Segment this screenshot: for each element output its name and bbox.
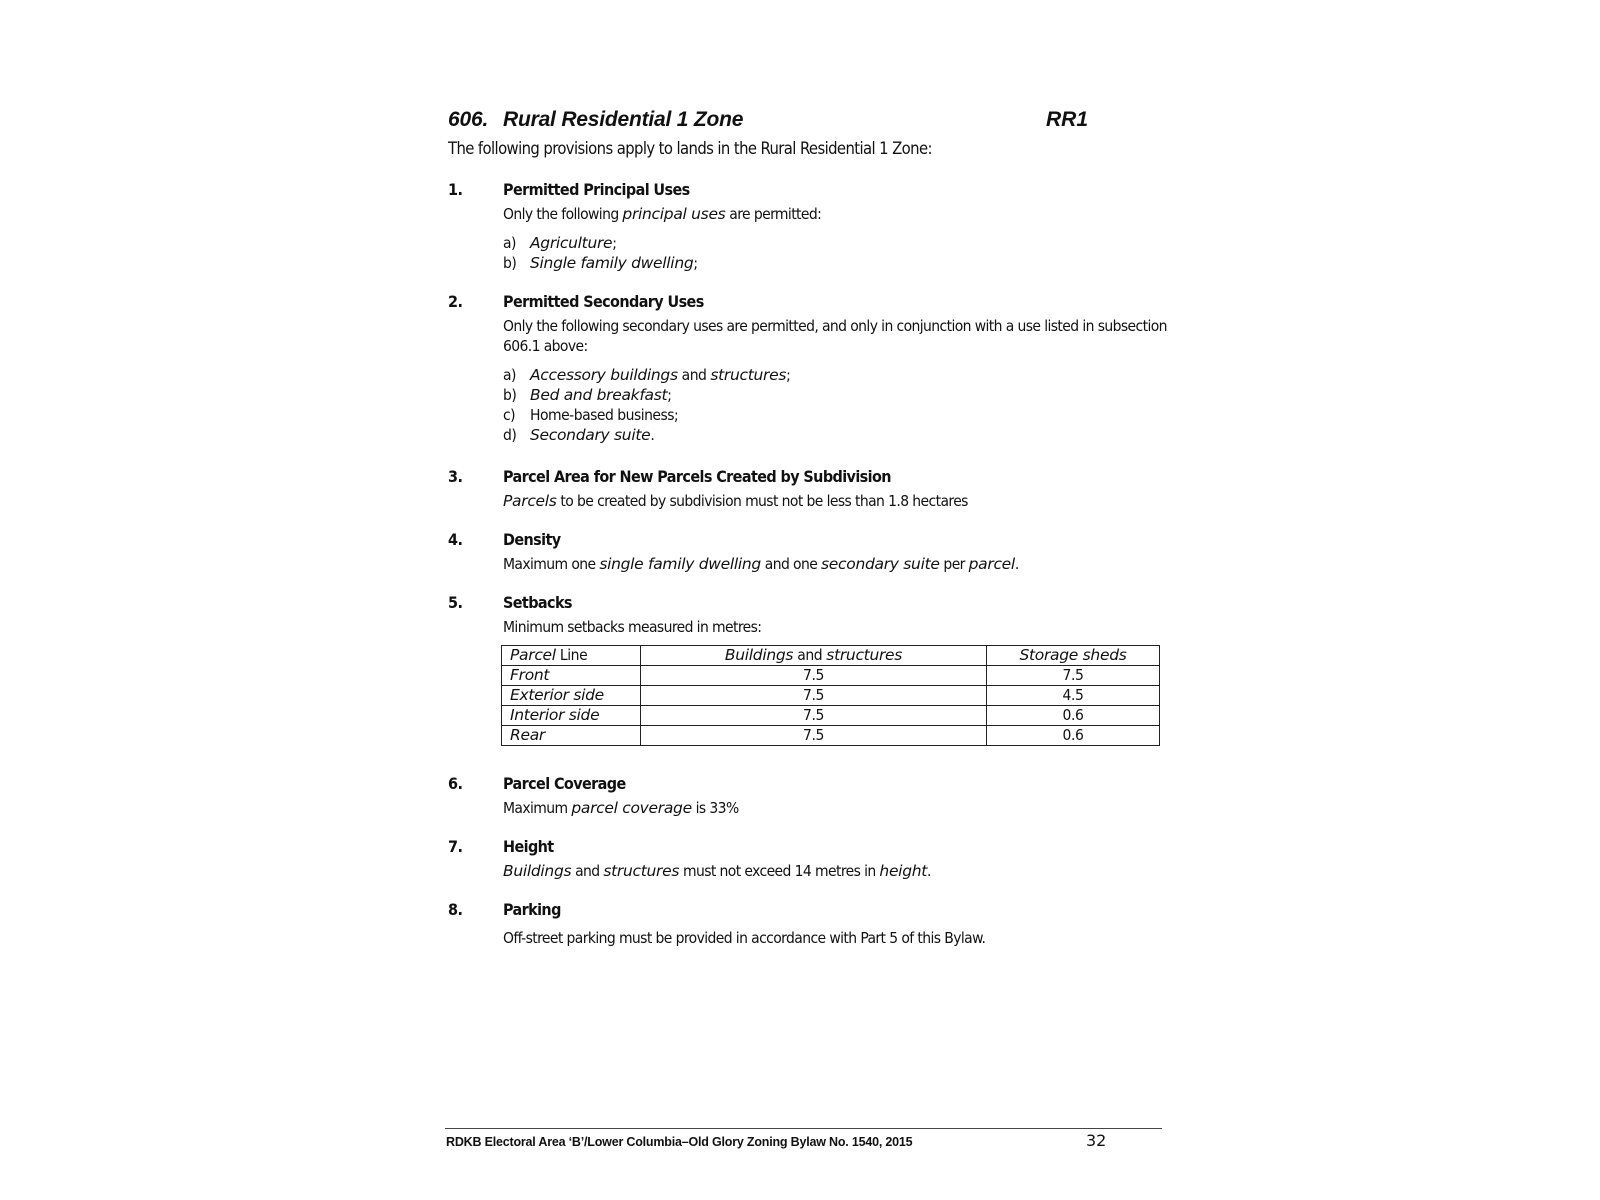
- list-item: c)Home-based business;: [503, 405, 790, 425]
- cell-sheds: 0.6: [987, 726, 1160, 746]
- section-text: Only the following secondary uses are pe…: [503, 316, 1178, 356]
- section-heading: Parcel Area for New Parcels Created by S…: [503, 467, 891, 486]
- document-page: 606.Rural Residential 1 Zone RR1 The fol…: [0, 0, 1600, 1200]
- section-title: Rural Residential 1 Zone: [503, 108, 743, 131]
- table-header-row: Parcel Line Buildings and structures Sto…: [502, 646, 1160, 666]
- section-number: 7.: [448, 837, 462, 856]
- cell-parcel-line: Rear: [502, 726, 641, 746]
- list-item: a)Agriculture;: [503, 233, 698, 253]
- secondary-uses-list: a)Accessory buildings and structures; b)…: [503, 365, 790, 445]
- cell-buildings: 7.5: [641, 666, 987, 686]
- cell-sheds: 0.6: [987, 706, 1160, 726]
- list-item: d)Secondary suite.: [503, 425, 790, 445]
- cell-buildings: 7.5: [641, 686, 987, 706]
- cell-sheds: 7.5: [987, 666, 1160, 686]
- page-number: 32: [1086, 1131, 1106, 1150]
- zone-code: RR1: [1046, 108, 1088, 132]
- section-heading: Density: [503, 530, 561, 549]
- section-title-row: 606.Rural Residential 1 Zone RR1: [448, 108, 1088, 138]
- cell-buildings: 7.5: [641, 726, 987, 746]
- cell-buildings: 7.5: [641, 706, 987, 726]
- section-number: 606.: [448, 108, 503, 132]
- section-text: Maximum one single family dwelling and o…: [503, 554, 1019, 574]
- setbacks-table: Parcel Line Buildings and structures Sto…: [501, 645, 1160, 746]
- section-heading: Height: [503, 837, 554, 856]
- section-heading: Parking: [503, 900, 561, 919]
- column-header-parcel-line: Parcel Line: [502, 646, 641, 666]
- section-text: Only the following principal uses are pe…: [503, 204, 821, 224]
- section-heading: Permitted Secondary Uses: [503, 292, 704, 311]
- section-number: 2.: [448, 292, 462, 311]
- section-heading: Setbacks: [503, 593, 572, 612]
- column-header-buildings: Buildings and structures: [641, 646, 987, 666]
- section-text: Buildings and structures must not exceed…: [503, 861, 931, 881]
- section-text: Off-street parking must be provided in a…: [503, 928, 985, 948]
- principal-uses-list: a)Agriculture; b)Single family dwelling;: [503, 233, 698, 273]
- section-number: 4.: [448, 530, 462, 549]
- list-item: b)Single family dwelling;: [503, 253, 698, 273]
- section-number: 5.: [448, 593, 462, 612]
- table-row: Front 7.5 7.5: [502, 666, 1160, 686]
- column-header-storage-sheds: Storage sheds: [987, 646, 1160, 666]
- cell-parcel-line: Interior side: [502, 706, 641, 726]
- cell-parcel-line: Exterior side: [502, 686, 641, 706]
- table-row: Interior side 7.5 0.6: [502, 706, 1160, 726]
- section-number: 8.: [448, 900, 462, 919]
- footer-divider: [445, 1128, 1162, 1129]
- table-row: Rear 7.5 0.6: [502, 726, 1160, 746]
- section-number: 3.: [448, 467, 462, 486]
- section-number: 6.: [448, 774, 462, 793]
- section-heading: Permitted Principal Uses: [503, 180, 690, 199]
- footer-text: RDKB Electoral Area ‘B’/Lower Columbia–O…: [446, 1135, 912, 1149]
- cell-parcel-line: Front: [502, 666, 641, 686]
- section-text: Maximum parcel coverage is 33%: [503, 798, 739, 818]
- list-item: b)Bed and breakfast;: [503, 385, 790, 405]
- section-text: Parcels to be created by subdivision mus…: [503, 491, 968, 511]
- table-row: Exterior side 7.5 4.5: [502, 686, 1160, 706]
- intro-text: The following provisions apply to lands …: [448, 139, 932, 158]
- section-heading: Parcel Coverage: [503, 774, 626, 793]
- page-title: 606.Rural Residential 1 Zone: [448, 108, 743, 132]
- section-text: Minimum setbacks measured in metres:: [503, 617, 761, 637]
- cell-sheds: 4.5: [987, 686, 1160, 706]
- list-item: a)Accessory buildings and structures;: [503, 365, 790, 385]
- section-number: 1.: [448, 180, 462, 199]
